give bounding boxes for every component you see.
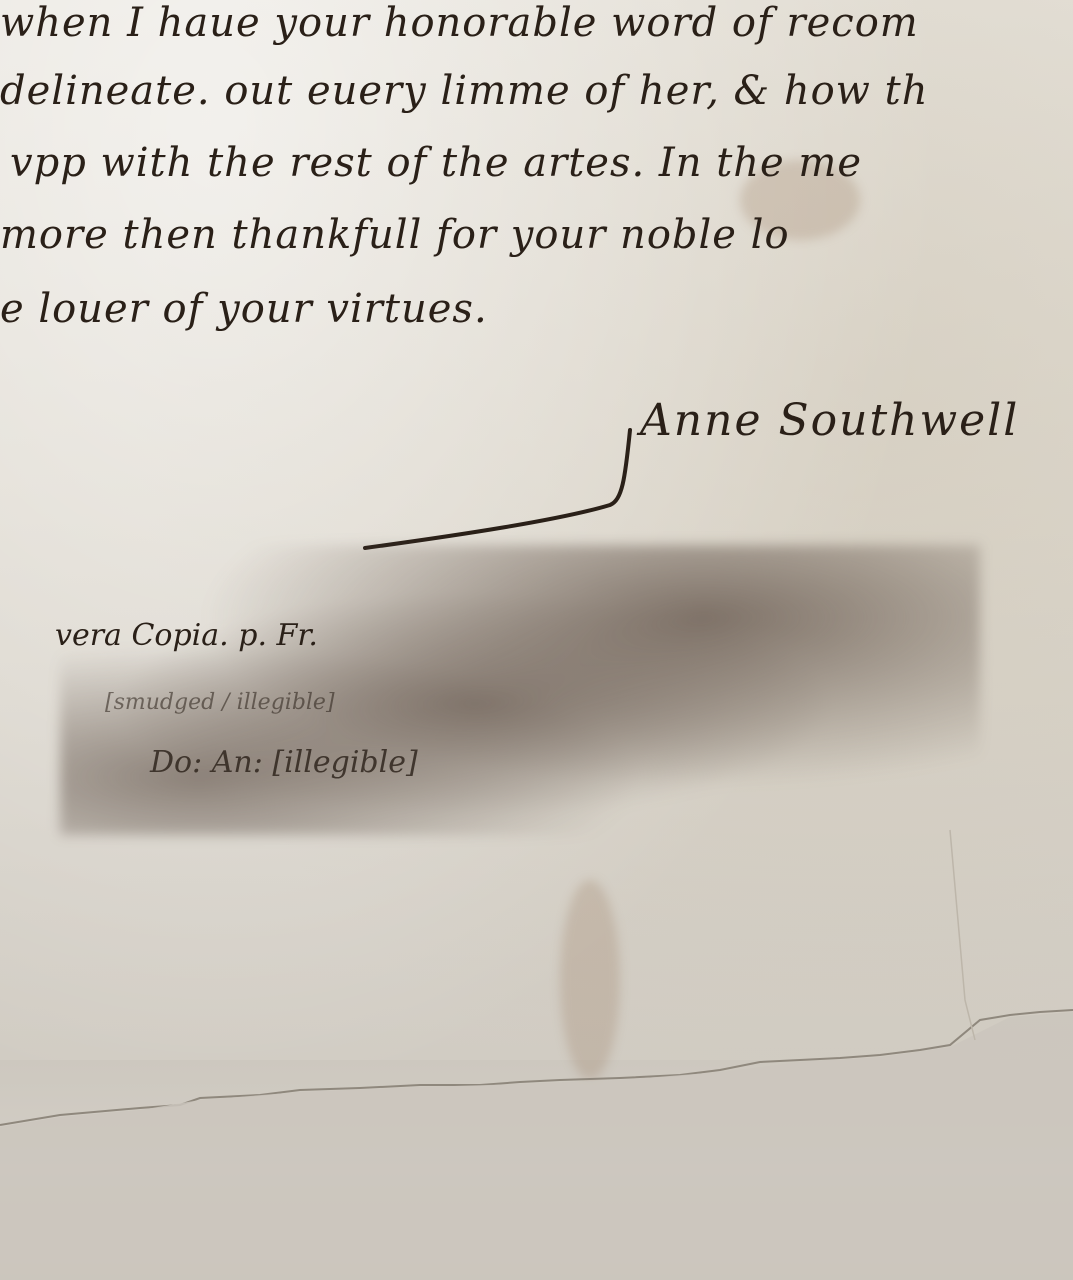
manuscript-page: when I haue your honorable word of recom… (0, 0, 1073, 1280)
letter-line: delineate. out euery limme of her, & how… (0, 68, 928, 114)
letter-line: vpp with the rest of the artes. In the m… (10, 140, 862, 186)
notation-line: [smudged / illegible] (105, 690, 335, 715)
letter-line: more then thankfull for your noble lo (0, 212, 790, 258)
letter-line: e louer of your virtues. (0, 286, 488, 332)
water-stain (560, 880, 620, 1080)
signature-flourish (360, 420, 660, 560)
signature: Anne Southwell (640, 395, 1019, 446)
letter-line: when I haue your honorable word of recom (0, 0, 919, 46)
notation-line: Do: An: [illegible] (150, 745, 418, 780)
underlying-sheet (0, 1060, 1073, 1280)
notation-line: vera Copia. p. Fr. (55, 618, 318, 653)
